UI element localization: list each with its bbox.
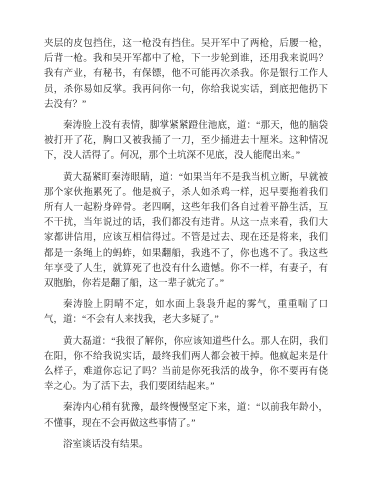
document-page: 夹层的皮包挡住，这一枪没有挡住。吴开军中了两枪，后腰一枪，后背一枪。我和吴开军都… <box>0 0 370 480</box>
paragraph: 秦涛脸上没有表情，脚掌紧紧蹬住池底，道：“那天，他的脑袋被打开了花，胸口又被我捅… <box>44 119 328 165</box>
paragraph: 黄大磊紧盯秦涛眼睛，道：“如果当年不是我当机立断，早就被那个家伙拖累死了。他是疯… <box>44 171 328 293</box>
paragraph: 秦涛脸上阴晴不定，如水面上袅袅升起的雾气，重重喘了口气，道：“不会有人来找我，老… <box>44 298 328 328</box>
paragraph: 黄大磊道：“我很了解你，你应该知道些什么。那人在阴，我们在阳，你不给我说实话，最… <box>44 335 328 396</box>
paragraph: 夹层的皮包挡住，这一枪没有挡住。吴开军中了两枪，后腰一枪，后背一枪。我和吴开军都… <box>44 37 328 113</box>
paragraph: 秦涛内心稍有犹豫，最终慢慢坚定下来，道：“以前我年龄小，不懂事，现在不会再做这些… <box>44 401 328 431</box>
paragraph: 浴室谈话没有结果。 <box>44 438 328 453</box>
